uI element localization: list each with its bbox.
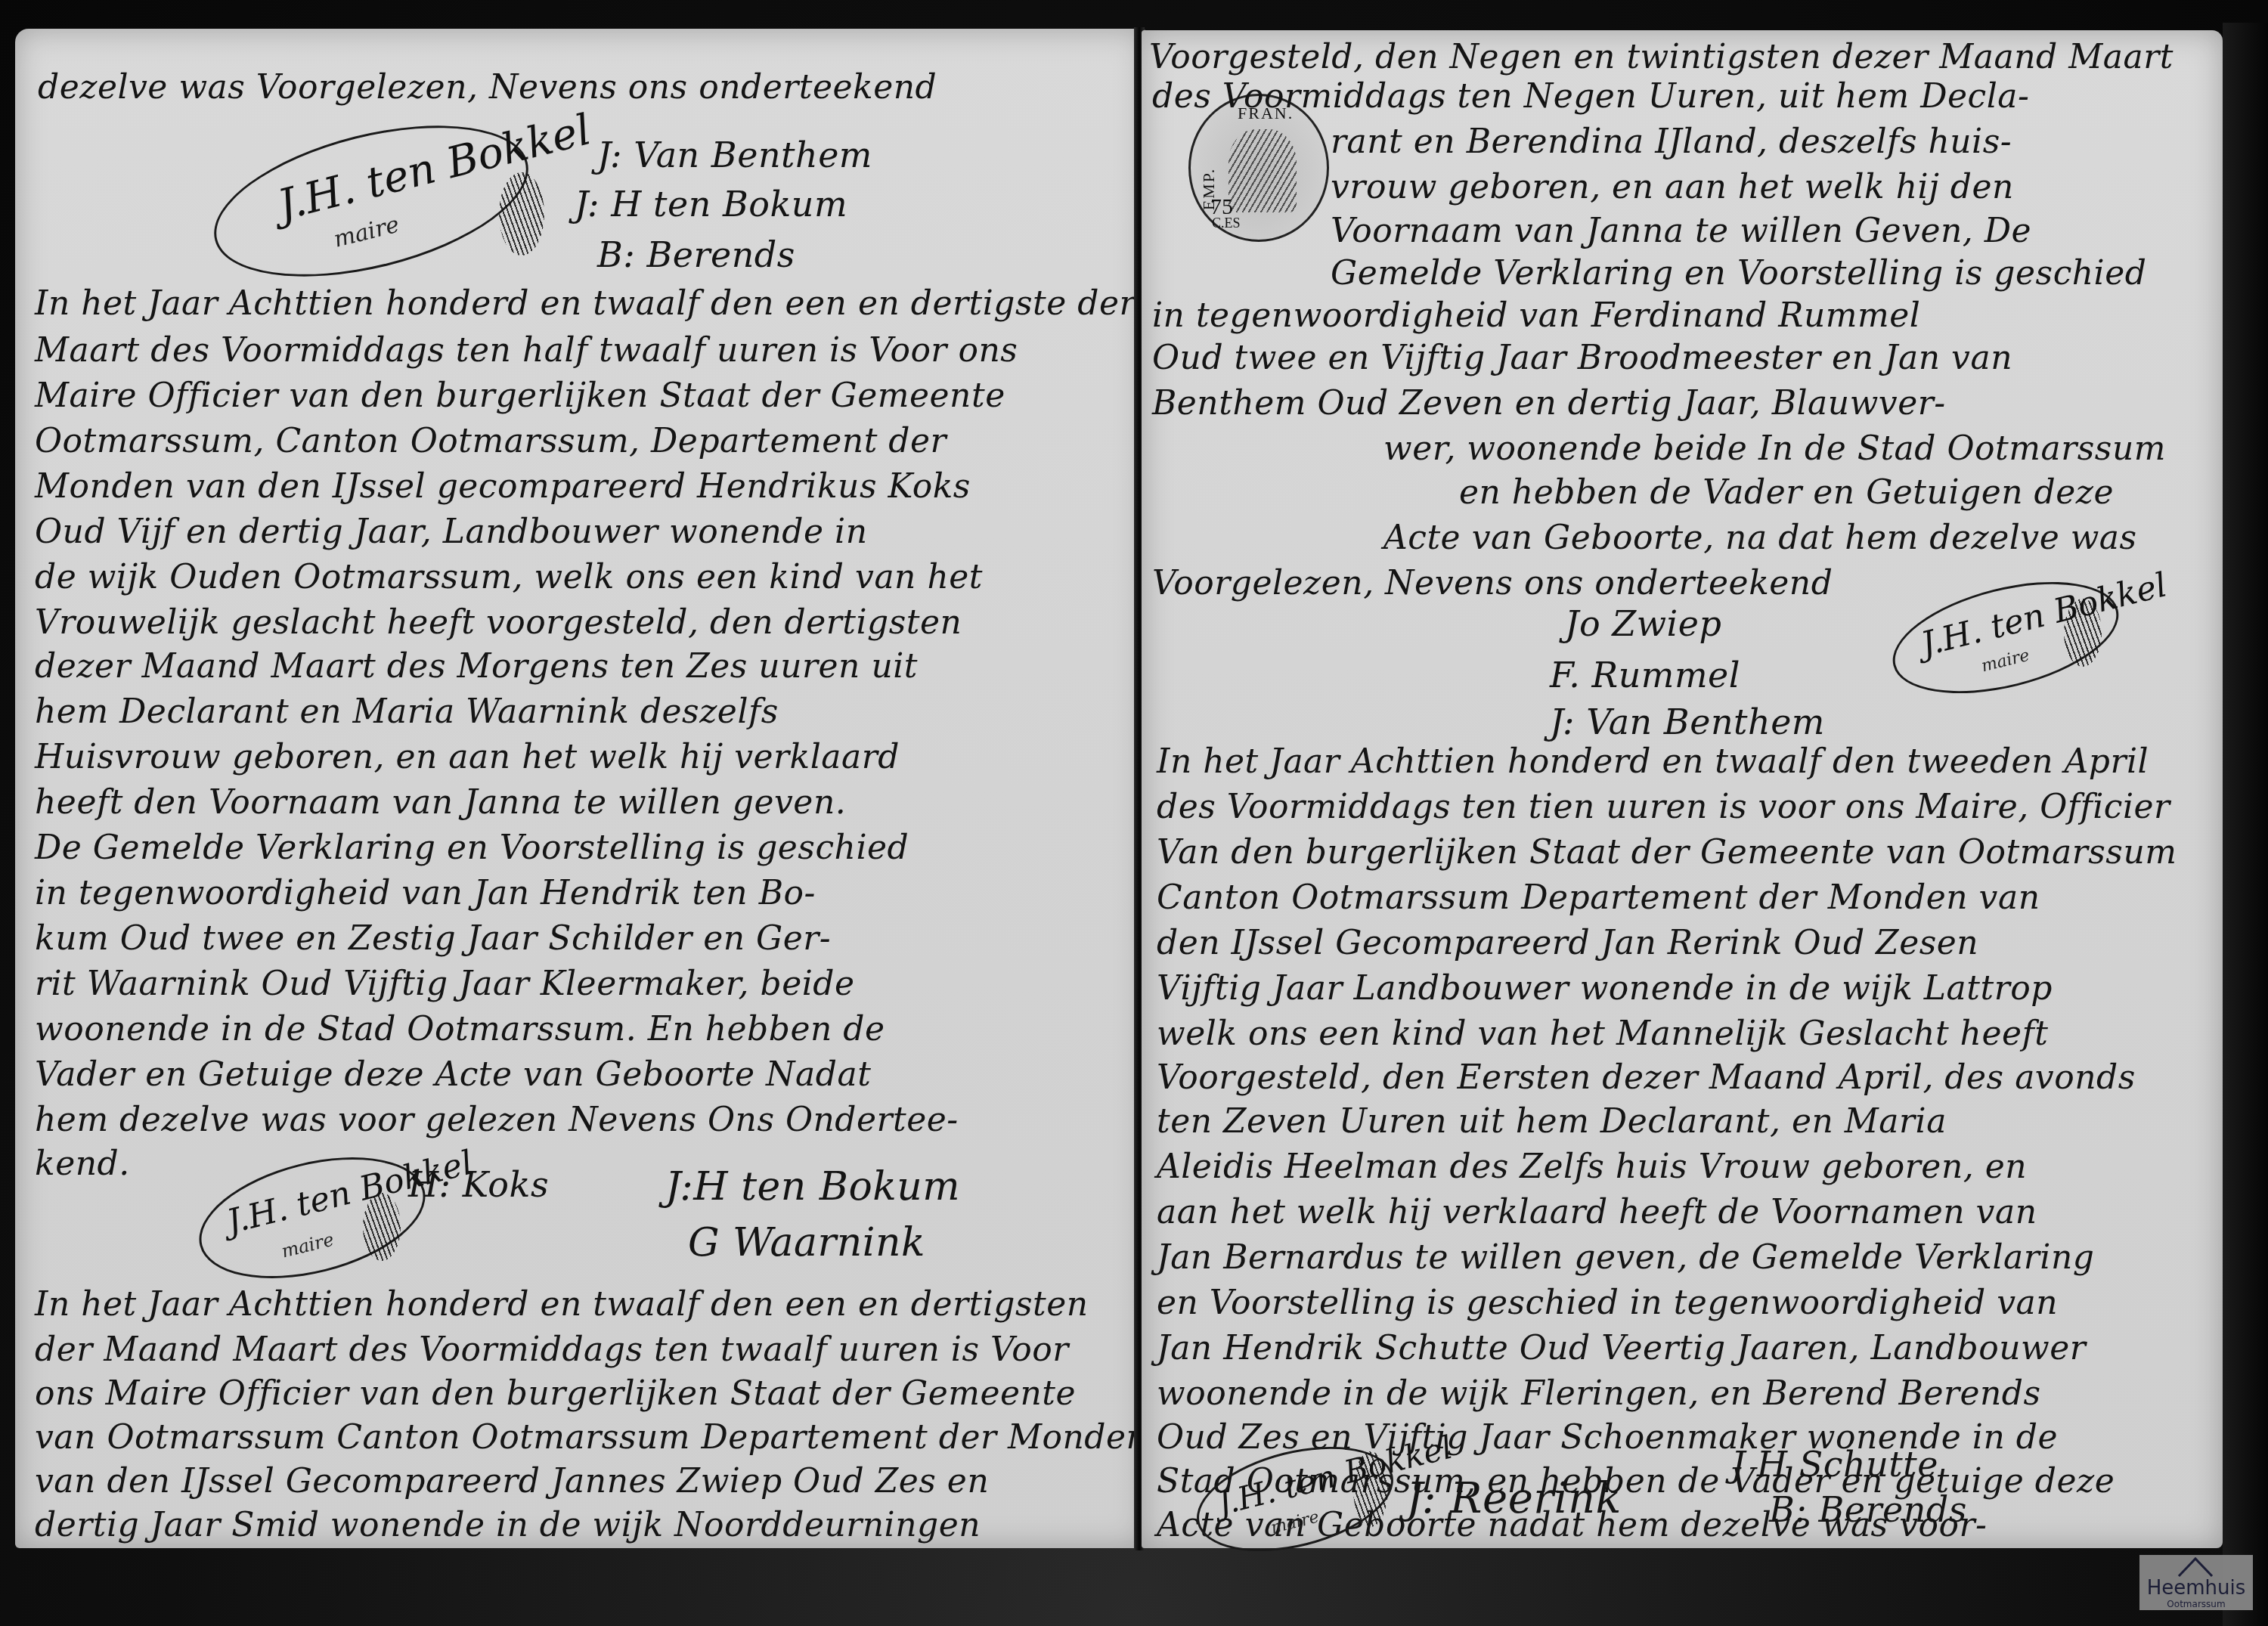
text-line: De Gemelde Verklaring en Voorstelling is…: [35, 828, 909, 867]
text-line: Vrouwelijk geslacht heeft voorgesteld, d…: [35, 603, 962, 642]
mayor-title: maire: [331, 212, 402, 253]
text-line: Vader en Getuige deze Acte van Geboorte …: [35, 1055, 871, 1094]
text-line: van Ootmarssum Canton Ootmarssum Departe…: [35, 1418, 1145, 1457]
text-line: Ootmarssum, Canton Ootmarssum, Departeme…: [35, 422, 947, 460]
text-line: wer, woonende beide In de Stad Ootmarssu…: [1383, 429, 2166, 468]
mayor-title: maire: [1269, 1508, 1321, 1538]
text-line: van den IJssel Gecompareerd Jannes Zwiep…: [35, 1462, 989, 1501]
text-line: rit Waarnink Oud Vijftig Jaar Kleermaker…: [35, 965, 855, 1003]
text-line: der Maand Maart des Voormiddags ten twaa…: [35, 1330, 1069, 1369]
text-line: Monden van den IJssel gecompareerd Hendr…: [35, 467, 971, 506]
text-line: dertig Jaar Smid wonende in de wijk Noor…: [35, 1506, 981, 1544]
mayor-title: maire: [1979, 646, 2031, 677]
text-line: woonende in de Stad Ootmarssum. En hebbe…: [35, 1010, 885, 1048]
house-roof-icon: [2176, 1556, 2215, 1578]
document-scan: dezelve was Voorgelezen, Nevens ons onde…: [0, 0, 2268, 1626]
witness-signature: F. Rummel: [1550, 655, 1740, 695]
watermark-title: Heemhuis: [2147, 1578, 2246, 1598]
text-line: Canton Ootmarssum Departement der Monden…: [1157, 878, 2040, 917]
witness-signature: B: Berends: [1769, 1489, 1967, 1530]
text-line: hem Declarant en Maria Waarnink deszelfs: [35, 692, 779, 731]
signature-flourish: [2064, 599, 2102, 667]
left-page: dezelve was Voorgelezen, Nevens ons onde…: [15, 29, 1145, 1548]
text-line: kum Oud twee en Zestig Jaar Schilder en …: [35, 919, 831, 958]
witness-signature: J: Van Benthem: [1550, 702, 1825, 742]
text-line: hem dezelve was voor gelezen Nevens Ons …: [35, 1101, 959, 1139]
mayor-signature-seal: J.H. ten Bokkel maire: [199, 98, 544, 305]
text-line: de wijk Ouden Ootmarssum, welk ons een k…: [35, 558, 983, 596]
text-line: Maart des Voormiddags ten half twaalf uu…: [35, 331, 1018, 370]
witness-signature: J:H ten Bokum: [665, 1164, 960, 1209]
text-line: Vijftig Jaar Landbouwer wonende in de wi…: [1157, 969, 2053, 1008]
text-line: Voorgesteld, den Negen en twintigsten de…: [1149, 38, 2173, 76]
text-line: In het Jaar Achttien honderd en twaalf d…: [35, 284, 1145, 323]
text-line: vrouw geboren, en aan het welk hij den: [1331, 168, 2014, 206]
text-line: Aleidis Heelman des Zelfs huis Vrouw geb…: [1157, 1147, 2027, 1186]
text-line: Voorgesteld, den Eersten dezer Maand Apr…: [1157, 1058, 2136, 1097]
text-line: Gemelde Verklaring en Voorstelling is ge…: [1331, 254, 2146, 293]
text-line: In het Jaar Achttien honderd en twaalf d…: [35, 1285, 1089, 1324]
text-line: Jan Bernardus te willen geven, de Gemeld…: [1157, 1238, 2094, 1277]
left-page-text: dezelve was Voorgelezen, Nevens ons onde…: [15, 29, 1145, 1548]
text-line: Benthem Oud Zeven en dertig Jaar, Blauwv…: [1152, 384, 1946, 423]
text-line: Van den burgerlijken Staat der Gemeente …: [1157, 833, 2177, 872]
mayor-signature: J.H. ten Bokkel: [1917, 565, 2170, 664]
mayor-signature-seal: J.H. ten Bokkel maire: [187, 1136, 438, 1299]
signature-flourish: [363, 1193, 401, 1261]
book-edge: [2223, 23, 2268, 1626]
witness-signature: J: Reerink: [1406, 1474, 1622, 1523]
text-line: ten Zeven Uuren uit hem Declarant, en Ma…: [1157, 1102, 1947, 1141]
text-line: dezelve was Voorgelezen, Nevens ons onde…: [38, 68, 937, 107]
text-line: in tegenwoordigheid van Ferdinand Rummel: [1152, 296, 1920, 335]
witness-signature: J H Schutte: [1731, 1444, 1938, 1485]
right-page: FRAN. EMP. 75 C.ES Voorgesteld, den Nege…: [1142, 30, 2223, 1548]
text-line: des Voormiddags ten Negen Uuren, uit hem…: [1152, 77, 2029, 116]
text-line: In het Jaar Achttien honderd en twaalf d…: [1157, 742, 2149, 781]
text-line: Huisvrouw geboren, en aan het welk hij v…: [35, 738, 900, 776]
witness-signature: J: H ten Bokum: [575, 184, 847, 225]
right-page-text: Voorgesteld, den Negen en twintigsten de…: [1142, 30, 2223, 1548]
text-line: heeft den Voornaam van Janna te willen g…: [35, 783, 846, 822]
text-line: in tegenwoordigheid van Jan Hendrik ten …: [35, 874, 816, 912]
mayor-title: maire: [279, 1228, 336, 1262]
text-line: Oud Vijf en dertig Jaar, Landbouwer wone…: [35, 513, 867, 551]
text-line: en Voorstelling is geschied in tegenwoor…: [1157, 1284, 2058, 1322]
text-line: dezer Maand Maart des Morgens ten Zes uu…: [35, 647, 918, 686]
text-line: Jan Hendrik Schutte Oud Veertig Jaaren, …: [1157, 1329, 2086, 1367]
text-line: des Voormiddags ten tien uuren is voor o…: [1157, 788, 2170, 826]
text-line: ons Maire Officier van den burgerlijken …: [35, 1374, 1076, 1413]
text-line: rant en Berendina IJland, deszelfs huis-: [1331, 122, 2012, 161]
watermark-subtitle: Ootmarssum: [2167, 1598, 2225, 1610]
witness-signature: H: Koks: [408, 1164, 549, 1205]
text-line: Voorgelezen, Nevens ons onderteekend: [1152, 564, 1833, 602]
right-page-signatures-bottom: J.H. ten Bokkel maire J: Reerink J H Sch…: [1164, 1421, 2147, 1550]
text-line: den IJssel Gecompareerd Jan Rerink Oud Z…: [1157, 924, 1978, 962]
witness-signature: B: Berends: [597, 234, 795, 275]
text-line: Acte van Geboorte, na dat hem dezelve wa…: [1383, 519, 2137, 557]
text-line: woonende in de wijk Fleringen, en Berend…: [1157, 1374, 2041, 1413]
text-line: Maire Officier van den burgerlijken Staa…: [35, 376, 1005, 415]
text-line: welk ons een kind van het Mannelijk Gesl…: [1157, 1014, 2048, 1053]
signature-flourish: [1353, 1451, 1388, 1527]
text-line: aan het welk hij verklaard heeft de Voor…: [1157, 1193, 2037, 1231]
text-line: Voornaam van Janna te willen Geven, De: [1331, 212, 2031, 250]
signature-flourish: [499, 172, 544, 256]
text-line: kend.: [35, 1144, 130, 1183]
witness-signature: Jo Zwiep: [1565, 603, 1721, 644]
heemhuis-watermark: Heemhuis Ootmarssum: [2139, 1555, 2253, 1610]
witness-signature: G Waarnink: [688, 1220, 925, 1265]
text-line: Oud twee en Vijftig Jaar Broodmeester en…: [1152, 339, 2012, 377]
text-line: en hebben de Vader en Getuigen deze: [1459, 473, 2114, 512]
witness-signature: J: Van Benthem: [597, 135, 872, 175]
mayor-signature: J.H. ten Bokkel: [273, 105, 596, 231]
